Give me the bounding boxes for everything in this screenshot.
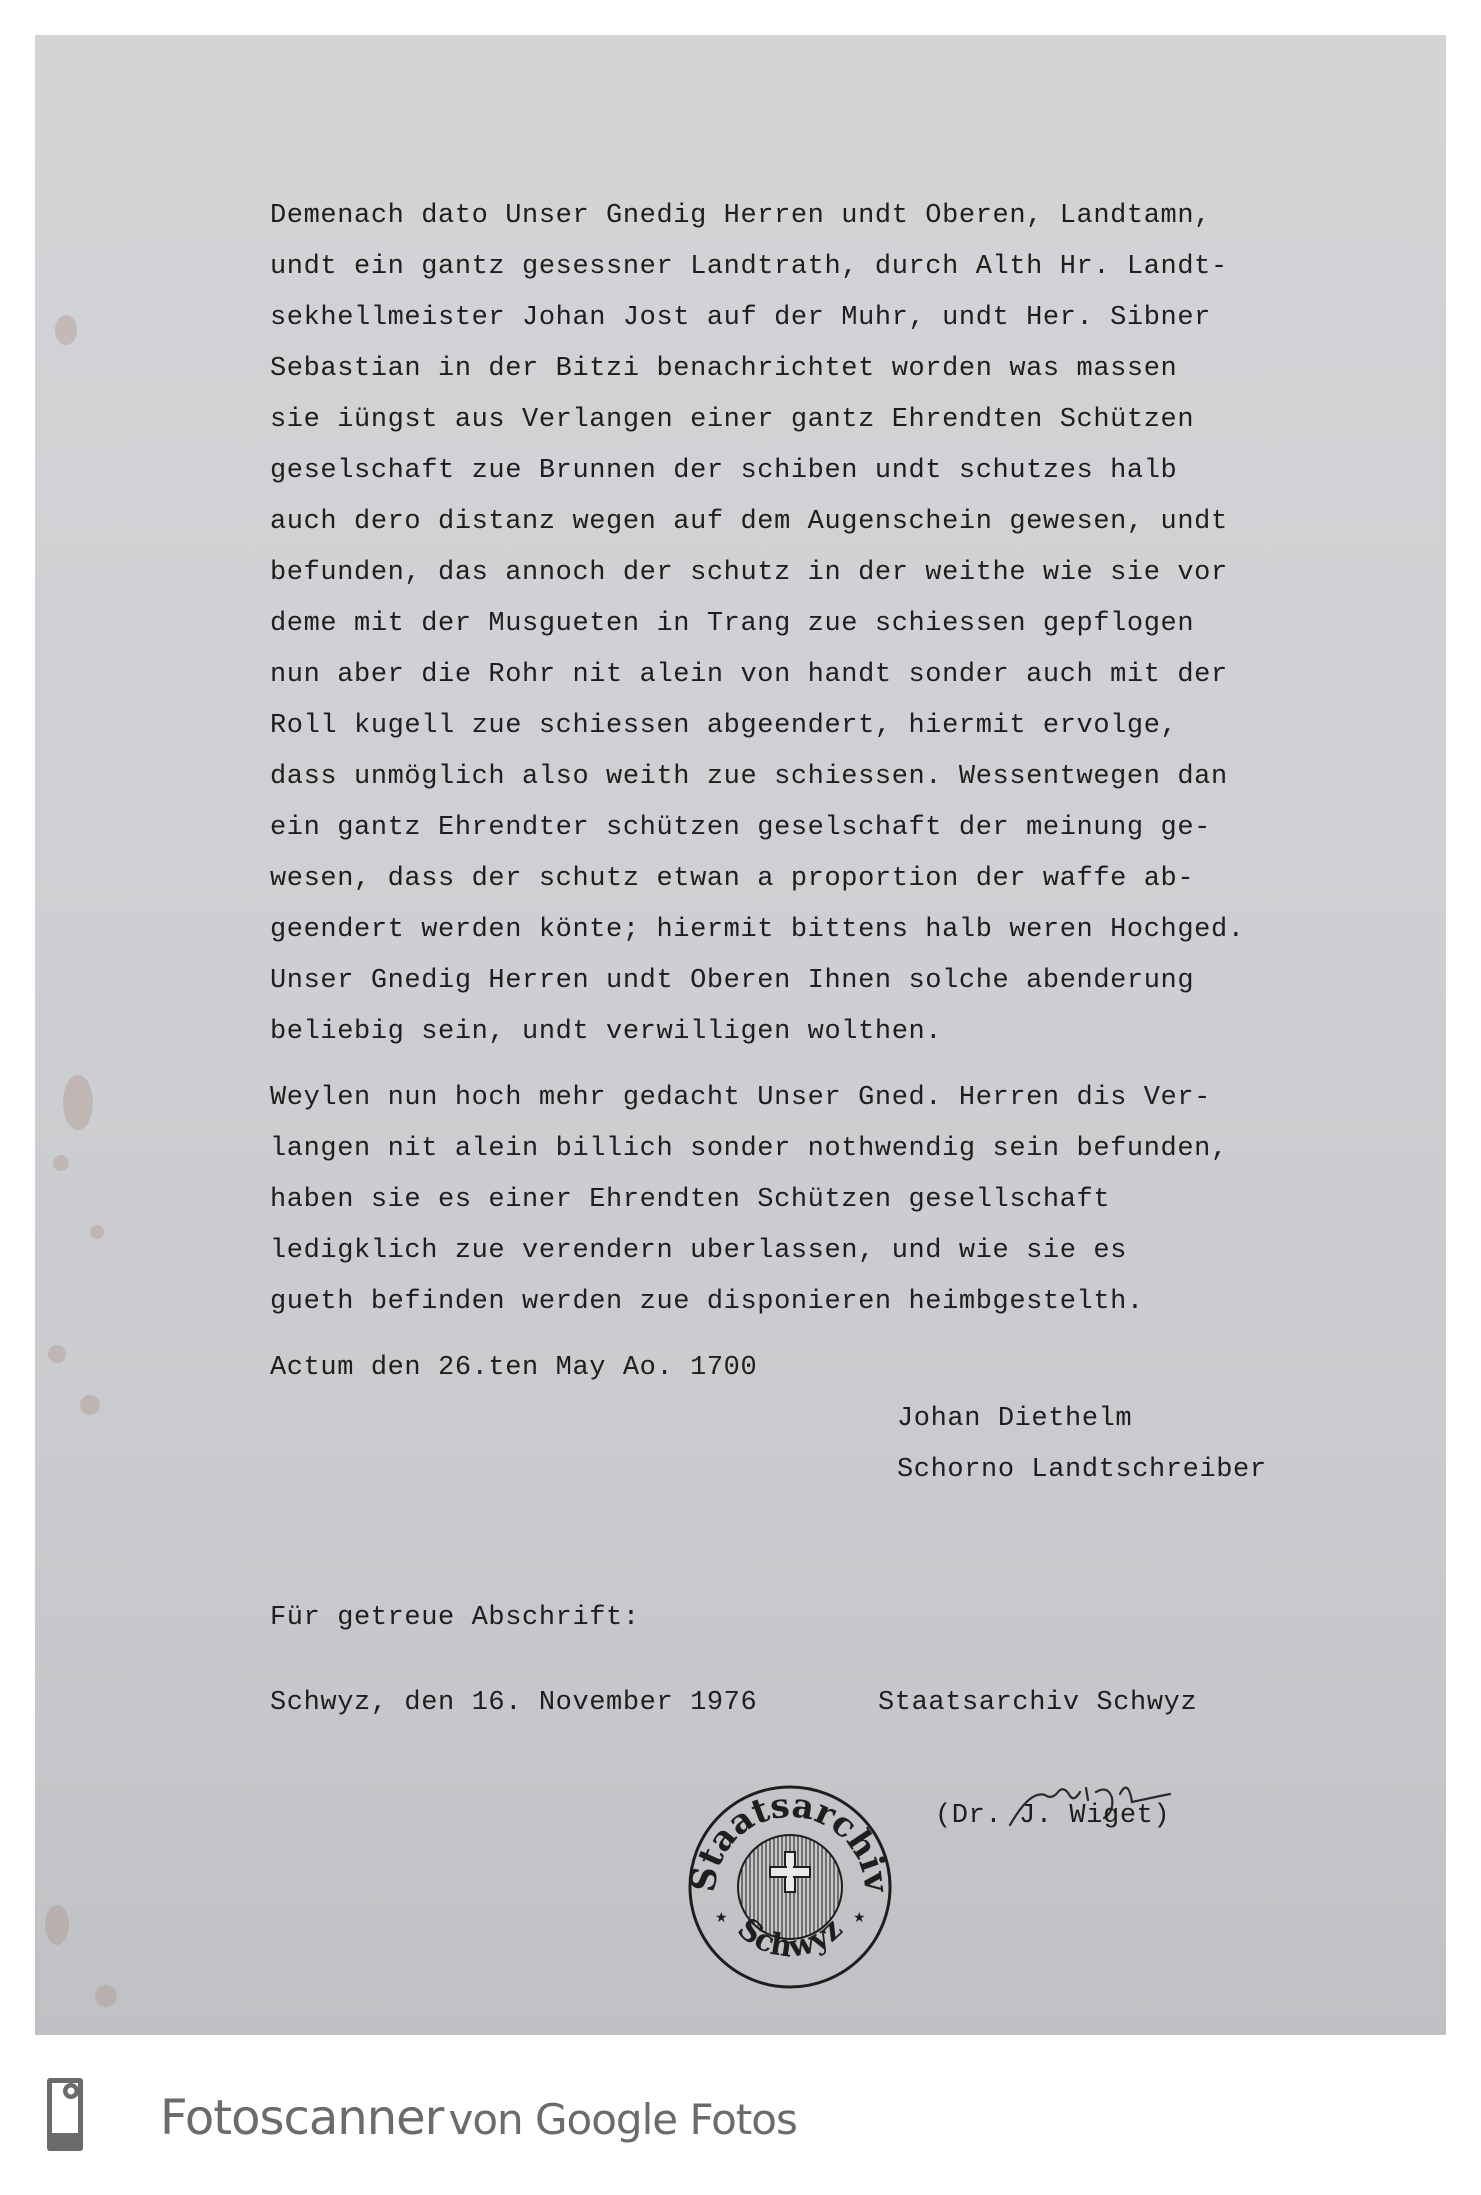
- footer-branding: Fotoscanner von Google Fotos: [160, 2090, 797, 2146]
- text-line: sekhellmeister Johan Jost auf der Muhr, …: [270, 305, 1211, 332]
- paper-stain: [48, 1345, 66, 1363]
- text-line: auch dero distanz wegen auf dem Augensch…: [270, 509, 1228, 536]
- paper-stain: [80, 1395, 100, 1415]
- text-line: Roll kugell zue schiessen abgeendert, hi…: [270, 713, 1177, 740]
- text-line: befunden, das annoch der schutz in der w…: [270, 560, 1228, 587]
- paper-stain: [63, 1075, 93, 1130]
- text-line: beliebig sein, undt verwilligen wolthen.: [270, 1019, 942, 1046]
- svg-text:★: ★: [853, 1909, 866, 1925]
- paper-stain: [90, 1225, 104, 1239]
- svg-text:★: ★: [715, 1909, 728, 1925]
- photoscan-icon: [47, 2078, 83, 2151]
- footer-app-name: Fotoscanner: [160, 2090, 443, 2146]
- text-line: geselschaft zue Brunnen der schiben undt…: [270, 458, 1177, 485]
- text-line: langen nit alein billich sonder nothwend…: [270, 1136, 1228, 1163]
- document-date: Actum den 26.ten May Ao. 1700: [270, 1355, 757, 1382]
- certification-label: Für getreue Abschrift:: [270, 1605, 640, 1632]
- text-line: ledigklich zue verendern uberlassen, und…: [270, 1238, 1127, 1265]
- text-line: Weylen nun hoch mehr gedacht Unser Gned.…: [270, 1085, 1211, 1112]
- archivist-name: (Dr. J. Wiget): [935, 1803, 1170, 1830]
- text-line: Sebastian in der Bitzi benachrichtet wor…: [270, 356, 1177, 383]
- paper-stain: [55, 315, 77, 345]
- signatory-name: Johan Diethelm: [897, 1406, 1132, 1433]
- scanned-document-page: Demenach dato Unser Gnedig Herren undt O…: [35, 35, 1446, 2035]
- paper-stain: [95, 1985, 117, 2007]
- text-line: wesen, dass der schutz etwan a proportio…: [270, 866, 1194, 893]
- footer-suffix: von Google Fotos: [448, 2095, 796, 2144]
- signatory-title: Schorno Landtschreiber: [897, 1457, 1267, 1484]
- text-line: dass unmöglich also weith zue schiessen.…: [270, 764, 1228, 791]
- archive-seal-stamp: Staatsarchiv Schwyz ★ ★: [685, 1782, 895, 1992]
- text-line: sie iüngst aus Verlangen einer gantz Ehr…: [270, 407, 1194, 434]
- paper-stain: [53, 1155, 69, 1171]
- text-line: ein gantz Ehrendter schützen geselschaft…: [270, 815, 1211, 842]
- text-line: gueth befinden werden zue disponieren he…: [270, 1289, 1144, 1316]
- paper-stain: [45, 1905, 69, 1945]
- place-date: Schwyz, den 16. November 1976: [270, 1690, 757, 1717]
- text-line: undt ein gantz gesessner Landtrath, durc…: [270, 254, 1228, 281]
- text-line: Unser Gnedig Herren undt Oberen Ihnen so…: [270, 968, 1194, 995]
- archive-name: Staatsarchiv Schwyz: [878, 1690, 1197, 1717]
- text-line: haben sie es einer Ehrendten Schützen ge…: [270, 1187, 1110, 1214]
- text-line: deme mit der Musgueten in Trang zue schi…: [270, 611, 1194, 638]
- text-line: nun aber die Rohr nit alein von handt so…: [270, 662, 1228, 689]
- text-line: Demenach dato Unser Gnedig Herren undt O…: [270, 203, 1211, 230]
- text-line: geendert werden könte; hiermit bittens h…: [270, 917, 1245, 944]
